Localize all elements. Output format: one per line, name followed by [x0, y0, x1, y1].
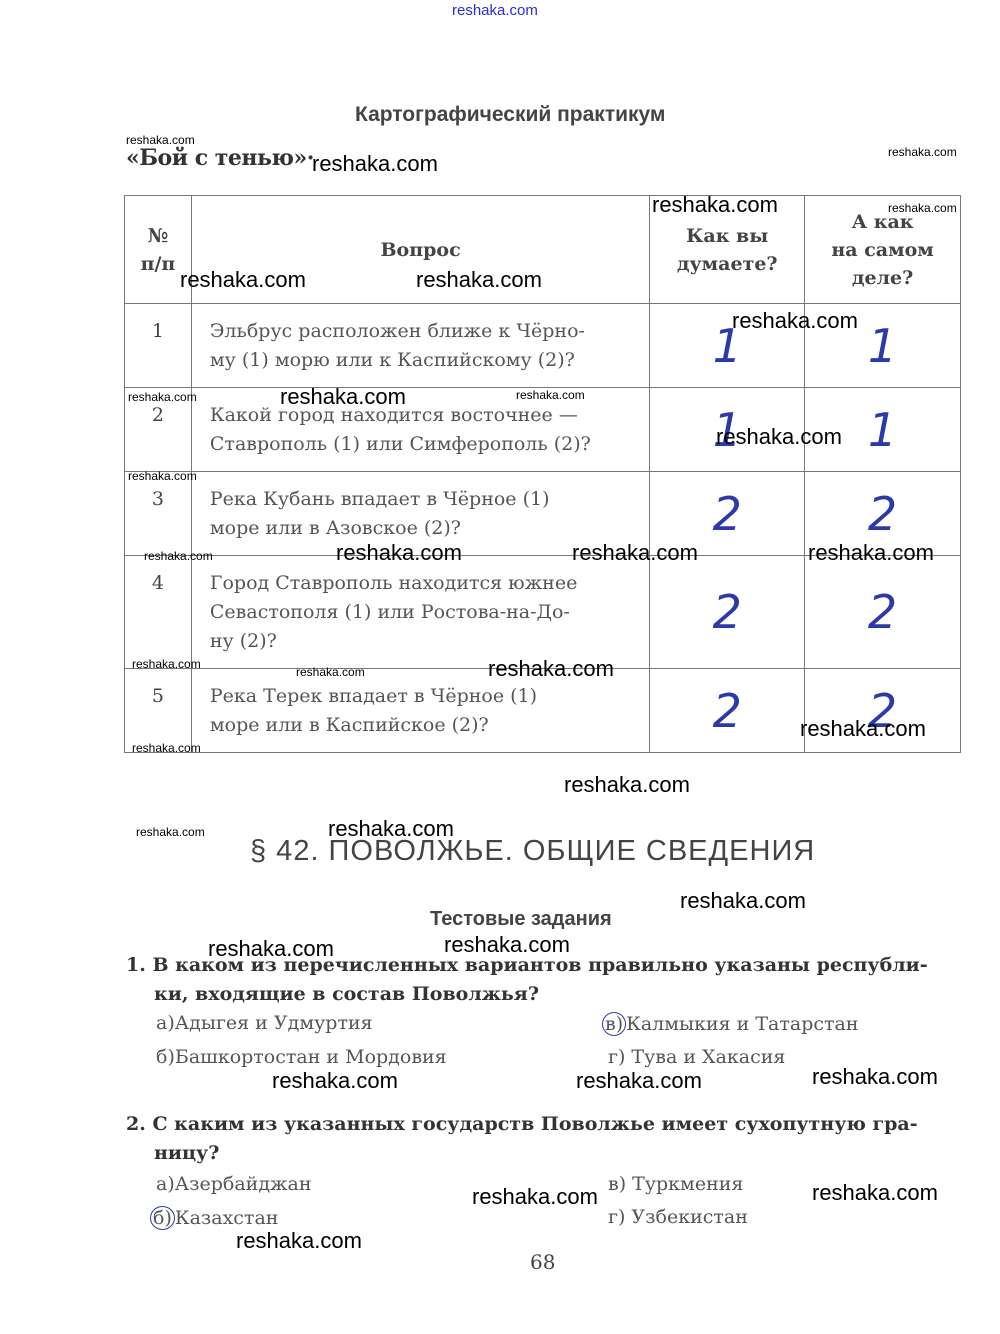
header-guess-line2: думаете?	[650, 250, 804, 278]
row-question: Город Ставрополь находится южнееСевастоп…	[191, 556, 649, 669]
option-letter: а)	[156, 1173, 175, 1195]
row-number: 4	[125, 556, 192, 669]
option-letter: б)	[156, 1046, 175, 1068]
question-line: Севастополя (1) или Ростова-на-До-	[210, 598, 639, 627]
header-num-line1: №	[125, 222, 191, 250]
q1-option-g[interactable]: г) Тува и Хакасия	[608, 1046, 785, 1068]
option-letter: в)	[608, 1173, 626, 1195]
selected-circle-mark: б)	[150, 1206, 175, 1230]
watermark-text: reshaka.com	[132, 657, 201, 671]
watermark-text: reshaka.com	[132, 741, 201, 755]
question-line: му (1) морю или к Каспийскому (2)?	[210, 346, 639, 375]
watermark-text: reshaka.com	[312, 151, 438, 177]
question-2-line1: 2. С каким из указанных государств Повол…	[126, 1110, 966, 1139]
watermark-text: reshaka.com	[472, 1184, 598, 1210]
watermark-text: reshaka.com	[128, 469, 197, 483]
watermark-text: reshaka.com	[488, 656, 614, 682]
question-line: Эльбрус расположен ближе к Чёрно-	[210, 317, 639, 346]
actual-answer-cell[interactable]: 2	[805, 556, 961, 669]
option-text: Азербайджан	[175, 1173, 312, 1195]
question-line: Река Терек впадает в Чёрное (1)	[210, 682, 639, 711]
option-text: Башкортостан и Мордовия	[175, 1046, 447, 1068]
watermark-text: reshaka.com	[336, 540, 462, 566]
watermark-text: reshaka.com	[126, 133, 195, 147]
tests-title: Тестовые задания	[430, 908, 612, 931]
option-text: Казахстан	[175, 1207, 279, 1229]
option-text: Калмыкия и Татарстан	[626, 1013, 858, 1035]
watermark-text: reshaka.com	[808, 540, 934, 566]
watermark-text: reshaka.com	[516, 388, 585, 402]
page-number: 68	[530, 1250, 555, 1274]
watermark-text: reshaka.com	[444, 932, 570, 958]
watermark-text: reshaka.com	[208, 936, 334, 962]
header-actual-line2: на самом	[805, 236, 960, 264]
option-text: Узбекистан	[631, 1206, 747, 1228]
question-line: Какой город находится восточнее —	[210, 401, 639, 430]
watermark-text: reshaka.com	[576, 1068, 702, 1094]
watermark-text: reshaka.com	[180, 267, 306, 293]
question-line: море или в Азовское (2)?	[210, 514, 639, 543]
watermark-text: reshaka.com	[272, 1068, 398, 1094]
watermark-text: reshaka.com	[128, 390, 197, 404]
option-letter: а)	[156, 1012, 175, 1034]
watermark-text: reshaka.com	[732, 308, 858, 334]
row-number: 3	[125, 472, 192, 556]
row-question: Эльбрус расположен ближе к Чёрно-му (1) …	[191, 304, 649, 388]
question-line: Река Кубань впадает в Чёрное (1)	[210, 485, 639, 514]
site-link[interactable]: reshaka.com	[452, 2, 538, 19]
watermark-text: reshaka.com	[812, 1180, 938, 1206]
watermark-text: reshaka.com	[296, 665, 365, 679]
question-2: 2. С каким из указанных государств Повол…	[126, 1110, 966, 1168]
option-text: Адыгея и Удмуртия	[175, 1012, 373, 1034]
option-letter: г)	[608, 1046, 625, 1068]
watermark-text: reshaka.com	[136, 825, 205, 839]
option-text: Туркмения	[632, 1173, 743, 1195]
watermark-text: reshaka.com	[236, 1228, 362, 1254]
table-row: 4Город Ставрополь находится южнееСевасто…	[125, 556, 961, 669]
guess-answer-cell[interactable]: 2	[650, 556, 805, 669]
question-line: Город Ставрополь находится южнее	[210, 569, 639, 598]
guess-answer-cell[interactable]: 2	[650, 669, 805, 753]
q1-option-v[interactable]: в)Калмыкия и Татарстан	[606, 1012, 859, 1036]
row-number: 5	[125, 669, 192, 753]
practicum-subtitle: «Бой с тенью»·	[126, 145, 314, 171]
watermark-text: reshaka.com	[652, 192, 778, 218]
question-line: море или в Каспийское (2)?	[210, 711, 639, 740]
practicum-title: Картографический практикум	[355, 103, 665, 127]
q2-option-g[interactable]: г) Узбекистан	[608, 1206, 748, 1228]
watermark-text: reshaka.com	[716, 424, 842, 450]
question-line: ну (2)?	[210, 627, 639, 656]
watermark-text: reshaka.com	[812, 1064, 938, 1090]
question-1-line2: ки, входящие в состав Поволжья?	[126, 980, 966, 1009]
option-letter: г)	[608, 1206, 625, 1228]
question-2-line2: ницу?	[126, 1139, 966, 1168]
option-text: Тува и Хакасия	[631, 1046, 785, 1068]
watermark-text: reshaka.com	[144, 549, 213, 563]
watermark-text: reshaka.com	[888, 201, 957, 215]
watermark-text: reshaka.com	[572, 540, 698, 566]
q2-option-v[interactable]: в) Туркмения	[608, 1173, 743, 1195]
q2-option-a[interactable]: а)Азербайджан	[156, 1173, 312, 1195]
q2-option-b[interactable]: б)Казахстан	[154, 1206, 278, 1230]
header-guess-line1: Как вы	[650, 222, 804, 250]
watermark-text: reshaka.com	[800, 716, 926, 742]
watermark-text: reshaka.com	[328, 816, 454, 842]
question-line: Ставрополь (1) или Симферополь (2)?	[210, 430, 639, 459]
watermark-text: reshaka.com	[280, 384, 406, 410]
watermark-text: reshaka.com	[416, 267, 542, 293]
header-actual-line3: деле?	[805, 264, 960, 292]
selected-circle-mark: в)	[602, 1012, 626, 1036]
q1-option-a[interactable]: а)Адыгея и Удмуртия	[156, 1012, 373, 1034]
watermark-text: reshaka.com	[680, 888, 806, 914]
q1-option-b[interactable]: б)Башкортостан и Мордовия	[156, 1046, 447, 1068]
watermark-text: reshaka.com	[888, 145, 957, 159]
subtitle-text: «Бой с тенью»	[126, 145, 307, 171]
watermark-text: reshaka.com	[564, 772, 690, 798]
row-number: 1	[125, 304, 192, 388]
